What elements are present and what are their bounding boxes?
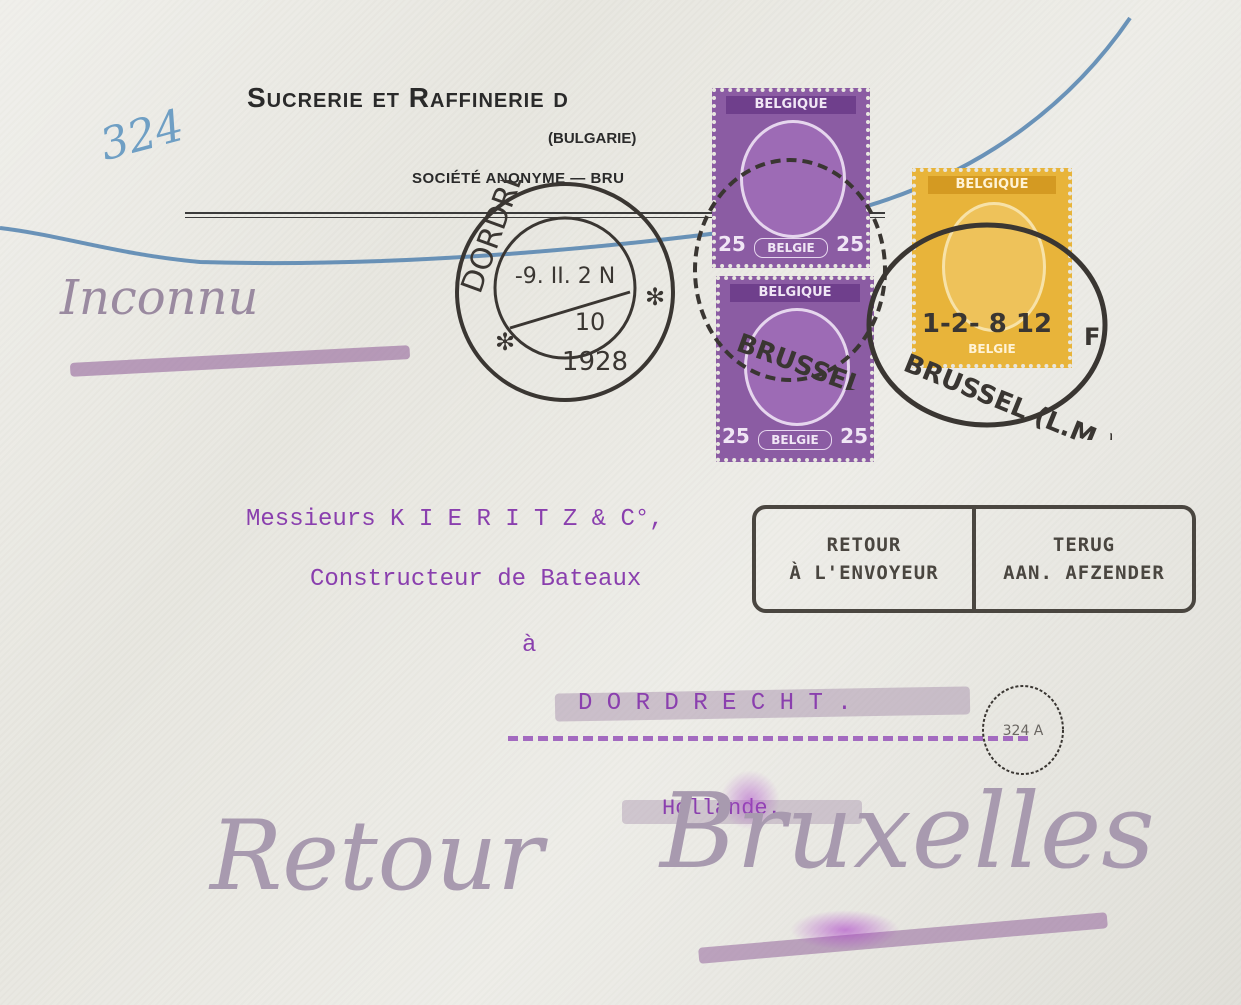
return-fr-line1: RETOUR bbox=[827, 531, 902, 559]
brussel-postmark-1: BRUSSEL bbox=[690, 150, 890, 390]
return-stamp-french: RETOUR À L'ENVOYEUR bbox=[756, 509, 972, 609]
stamp-bottom: BELGIE bbox=[758, 430, 832, 450]
return-to-sender-stamp: RETOUR À L'ENVOYEUR TERUG AAN. AFZENDER bbox=[752, 505, 1196, 613]
handwritten-unknown: Inconnu bbox=[60, 270, 258, 326]
return-nl-line2: AAN. AFZENDER bbox=[1003, 559, 1165, 587]
small-round-postmark: 324 A bbox=[978, 680, 1068, 780]
address-line-2: Constructeur de Bateaux bbox=[310, 566, 641, 593]
svg-text:1-2- 8 12: 1-2- 8 12 bbox=[922, 309, 1052, 339]
svg-text:✻: ✻ bbox=[645, 283, 665, 311]
stamp-country: BELGIQUE bbox=[726, 96, 856, 114]
handwritten-city: Bruxelles bbox=[660, 770, 1155, 892]
svg-text:F: F bbox=[1084, 323, 1100, 351]
address-line-4: D O R D R E C H T . bbox=[578, 690, 852, 717]
svg-text:-9. II. 2 N: -9. II. 2 N bbox=[515, 264, 615, 289]
brussel-postmark-2: 1-2- 8 12 BRUSSEL (L.M.) F bbox=[862, 220, 1112, 440]
company-name-prefix: Sucrerie et Raffinerie d bbox=[247, 82, 569, 113]
address-line-1: Messieurs K I E R I T Z & C°, bbox=[246, 506, 664, 533]
address-line-3: à bbox=[522, 632, 536, 659]
return-fr-line2: À L'ENVOYEUR bbox=[789, 559, 938, 587]
stamp-country: BELGIQUE bbox=[928, 176, 1056, 194]
svg-text:1928: 1928 bbox=[562, 347, 628, 377]
handwritten-return: Retour bbox=[210, 800, 543, 912]
stamp-value: 25 bbox=[722, 424, 750, 448]
svg-text:✻: ✻ bbox=[495, 328, 515, 356]
dordrecht-postmark: -9. II. 2 N 10 1928 DORDRECHT ✻ ✻ bbox=[440, 180, 700, 410]
ink-smudge bbox=[790, 910, 900, 950]
typed-strikeout-line bbox=[508, 736, 1028, 741]
svg-text:324 A: 324 A bbox=[1003, 723, 1044, 739]
return-stamp-dutch: TERUG AAN. AFZENDER bbox=[972, 509, 1192, 609]
svg-text:10: 10 bbox=[575, 308, 606, 336]
company-country: (BULGARIE) bbox=[548, 130, 636, 147]
svg-text:BRUSSEL (L.M.): BRUSSEL (L.M.) bbox=[899, 349, 1112, 440]
return-nl-line1: TERUG bbox=[1053, 531, 1115, 559]
